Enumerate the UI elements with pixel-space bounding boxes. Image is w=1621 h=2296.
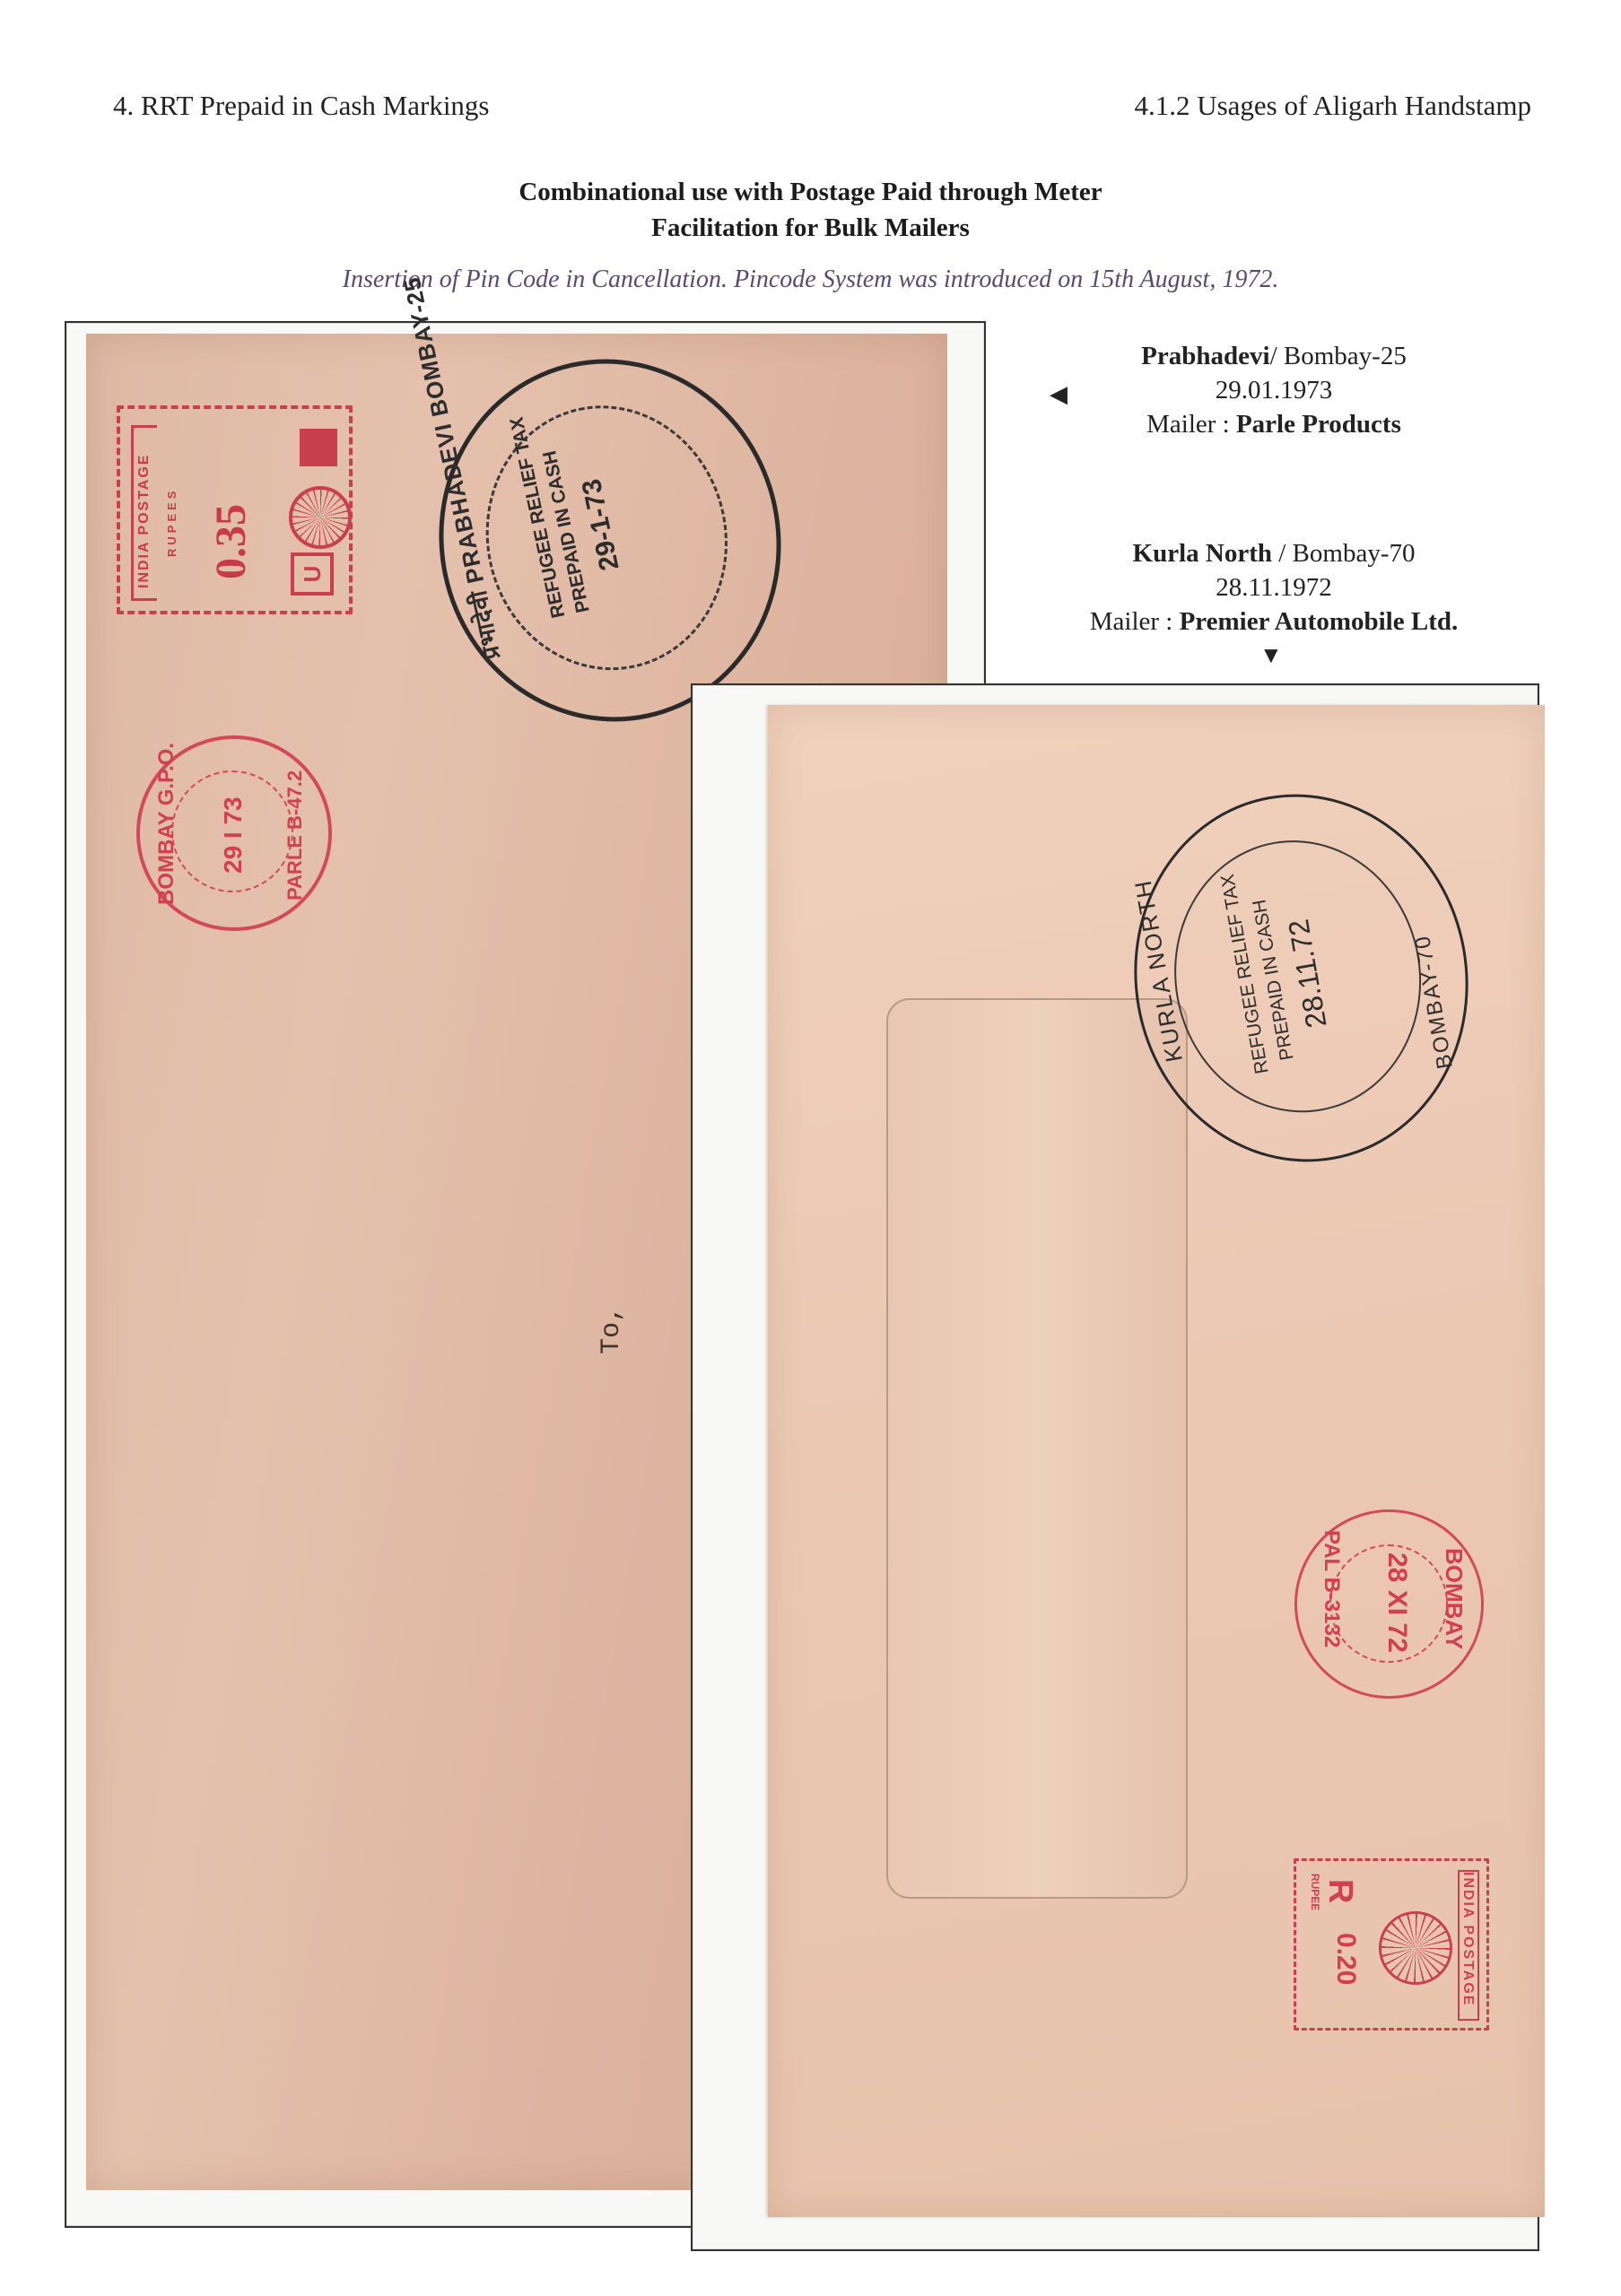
- caption-2-place: Kurla North: [1133, 539, 1272, 568]
- caption-2-city: / Bombay-70: [1272, 539, 1416, 568]
- meter-2-currency: RUPEE: [1309, 1874, 1321, 1910]
- meter-1-country: INDIA POSTAGE: [136, 454, 153, 588]
- subsection-title: 4.1.2 Usages of Aligarh Handstamp: [1134, 90, 1531, 122]
- red-postmark-1-bottom: PARLE B-47.2: [283, 770, 307, 900]
- caption-1-city: / Bombay-25: [1270, 342, 1407, 370]
- section-title: 4. RRT Prepaid in Cash Markings: [113, 90, 490, 122]
- caption-2-mailer: Premier Automobile Ltd.: [1180, 607, 1459, 636]
- caption-1-mailer: Parle Products: [1236, 410, 1401, 439]
- meter-1-letter: U: [291, 552, 334, 596]
- caption-cover-2: Kurla North / Bombay-70 28.11.1972 Maile…: [1041, 536, 1507, 639]
- meter-2-letter: R: [1320, 1879, 1359, 1903]
- meter-2-country: INDIA POSTAGE: [1460, 1872, 1476, 2006]
- caption-cover-1: Prabhadevi/ Bombay-25 29.01.1973 Mailer …: [1041, 339, 1507, 441]
- ashoka-chakra-icon: [289, 486, 352, 549]
- page-heading-line2: Facilitation for Bulk Mailers: [0, 213, 1621, 243]
- left-arrow-icon: ◀: [1050, 381, 1068, 408]
- red-postmark-1: BOMBAY G.P.O. 29 I 73 PARLE B-47.2: [136, 735, 332, 931]
- meter-2-value: 0.20: [1330, 1933, 1361, 1985]
- meter-1-value: 0.35: [206, 504, 256, 579]
- meter-franking-2: INDIA POSTAGE R 0.20 RUPEE: [1294, 1858, 1489, 2031]
- caption-2-date: 28.11.1972: [1041, 570, 1507, 604]
- meter-1-square-icon: [300, 429, 337, 466]
- ashoka-chakra-icon: [1379, 1911, 1452, 1985]
- red-postmark-1-top: BOMBAY G.P.O.: [154, 743, 179, 905]
- down-arrow-icon: ▼: [1259, 642, 1283, 669]
- red-postmark-2-bottom: PAL B-3132: [1319, 1530, 1344, 1648]
- page-heading-line1: Combinational use with Postage Paid thro…: [0, 178, 1621, 207]
- caption-2-mailer-label: Mailer :: [1090, 607, 1180, 636]
- red-postmark-1-date: 29 I 73: [219, 796, 248, 874]
- caption-1-place: Prabhadevi: [1141, 342, 1269, 370]
- meter-1-currency: RUPEES: [165, 488, 179, 557]
- envelope-window: [886, 998, 1188, 1899]
- red-postmark-2-top: BOMBAY: [1440, 1548, 1468, 1649]
- caption-1-mailer-label: Mailer :: [1146, 410, 1236, 439]
- address-line: To,: [596, 805, 629, 1354]
- red-postmark-2: BOMBAY 28 XI 72 PAL B-3132: [1294, 1509, 1484, 1699]
- red-postmark-2-date: 28 XI 72: [1381, 1552, 1412, 1653]
- caption-1-date: 29.01.1973: [1041, 373, 1507, 407]
- pincode-note: Insertion of Pin Code in Cancellation. P…: [0, 265, 1621, 294]
- meter-franking-1: INDIA POSTAGE RUPEES 0.35 U: [117, 405, 353, 614]
